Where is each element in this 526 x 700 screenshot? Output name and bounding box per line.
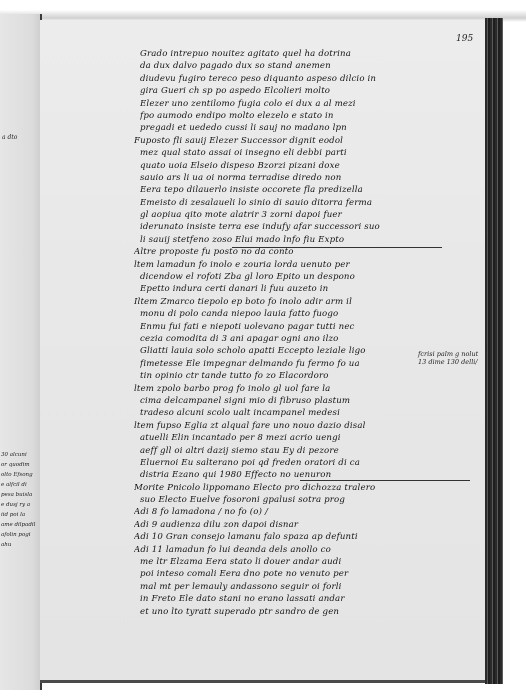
top-page-edge xyxy=(0,0,526,22)
text-line: gl aopiua qito mote alatrir 3 zorni dapo… xyxy=(140,209,440,221)
text-line: dicendow el rofoti Zba gl loro Epito un … xyxy=(140,271,440,283)
text-line: Enmu fui fati e niepoti uolevano pagar t… xyxy=(140,321,440,333)
text-line: Fuposto fli sauij Elezer Successor digni… xyxy=(134,135,440,147)
text-line: gira Gueri ch sp po aspedo Elcolieri mol… xyxy=(140,85,440,97)
text-line: quato uoia Elseio dispeso Bzorzi pizani … xyxy=(140,160,440,172)
text-line: Elezer uno zentilomo fugia colo ei dux a… xyxy=(140,98,440,110)
left-note-line: 30 alcuni xyxy=(1,450,39,460)
text-line: pregadi et uededo cussi li sauj no madan… xyxy=(140,122,440,134)
right-margin-note: fcrisi palm g nolut 13 dime 130 delli/ xyxy=(418,350,488,366)
manuscript-text-block: Grado intrepuo nouitez agitato quel ha d… xyxy=(140,48,440,618)
left-page-notes: 30 alcuni or quodim olto Efsong e alfcil… xyxy=(1,450,39,550)
left-note-line: e alfcil di xyxy=(1,480,39,490)
margin-note-line: fcrisi palm g nolut xyxy=(418,350,488,358)
left-note-line: pesa buisla xyxy=(1,490,39,500)
text-line: in Freto Ele dato stani no erano lassati… xyxy=(140,593,440,605)
text-line: Adi 10 Gran consejo lamanu falo spaza ap… xyxy=(134,531,440,543)
left-note-line: olto Efsong xyxy=(1,470,39,480)
text-line: Epetto indura certi danari li fuu auzeto… xyxy=(140,283,440,295)
text-line: sauio ars li ua oi norma terradise dired… xyxy=(140,172,440,184)
text-line: mal mt per lemauly andassono seguir oi f… xyxy=(140,581,440,593)
text-line: fimetesse Ele impegnar delmando fu fermo… xyxy=(140,358,440,370)
left-note-line: iid poi la xyxy=(1,510,39,520)
text-line: ltem fupso Eglia zt alqual fare uno nouo… xyxy=(134,420,440,432)
text-line: tradeso alcuni scolo ualt incampanel med… xyxy=(140,407,440,419)
text-line: Emeisto di zesalaueli lo sinio di sauio … xyxy=(140,197,440,209)
text-line: li sauij stetfeno zoso Elui mado lnfo fi… xyxy=(140,234,440,246)
text-line: Eera tepo dilauerlo insiste occorete fla… xyxy=(140,184,440,196)
margin-note-line: 13 dime 130 delli/ xyxy=(418,358,488,366)
left-page: a dto 30 alcuni or quodim olto Efsong e … xyxy=(0,14,42,690)
text-line: cezia comodita di 3 ani apagar ogni ano … xyxy=(140,333,440,345)
folio-number: 195 xyxy=(456,34,473,44)
section-rule xyxy=(232,247,442,248)
left-note-line: e dusj ry a xyxy=(1,500,39,510)
left-note-line: ame dilpadil xyxy=(1,520,39,530)
text-line: Morite Pnicolo lippomano Electo pro dich… xyxy=(134,482,440,494)
left-note-line: or quodim xyxy=(1,460,39,470)
left-note-line: afolin pogi xyxy=(1,530,39,540)
text-line: da dux dalvo pagado dux so stand anemen xyxy=(140,60,440,72)
text-line: Adi 8 fo lamadona / no fo (o) / xyxy=(134,506,440,518)
left-page-top-note: a dto xyxy=(2,134,17,141)
text-line: Adi 11 lamadun fo lui deanda dels anollo… xyxy=(134,544,440,556)
text-line: mez qual stato assai oi insegno eli debb… xyxy=(140,147,440,159)
text-line: fpo aumodo endipo molto elezelo e stato … xyxy=(140,110,440,122)
text-line: monu di polo canda niepoo lauia fatto fu… xyxy=(140,308,440,320)
text-line: diudevu fugiro tereco peso diquanto aspe… xyxy=(140,73,440,85)
text-line: et uno lto tyratt superado ptr sandro de… xyxy=(140,606,440,618)
text-line: cima delcampanel signi mio di fibruso pl… xyxy=(140,395,440,407)
left-note-line: ahu xyxy=(1,540,39,550)
text-line: Gliatti lauia solo scholo apatti Eccepto… xyxy=(140,345,440,357)
text-line: tin opinio ctr tande tutto fo zo Elacord… xyxy=(140,370,440,382)
text-line: poi inteso comali Eera dno pote no venut… xyxy=(140,568,440,580)
text-line: ltem lamadun fo inolo e zouria lorda uen… xyxy=(134,259,440,271)
text-line: suo Electo Euelve fosoroni gpalusi sotra… xyxy=(140,494,440,506)
text-line: Adi 9 audienza dilu zon dapoi disnar xyxy=(134,519,440,531)
section-rule xyxy=(300,480,470,481)
text-line: iderunato insiste terra ese indufy afar … xyxy=(140,221,440,233)
text-line: aeff gll oi altri dazij siemo stau Ey di… xyxy=(140,445,440,457)
text-line: Eluernoi Eu salterano poi qd freden orat… xyxy=(140,457,440,469)
text-line: Iltem Zmarco tiepolo ep boto fo inolo ad… xyxy=(134,296,440,308)
text-line: Altre proposte fu posto no da conto xyxy=(134,246,440,258)
text-line: ltem zpolo barbo prog fo inolo gl uol fa… xyxy=(134,383,440,395)
text-line: me ltr Elzama Eera stato li douer andar … xyxy=(140,556,440,568)
text-line: Grado intrepuo nouitez agitato quel ha d… xyxy=(140,48,440,60)
text-line: atuelli Elin incantado per 8 mezi acrio … xyxy=(140,432,440,444)
